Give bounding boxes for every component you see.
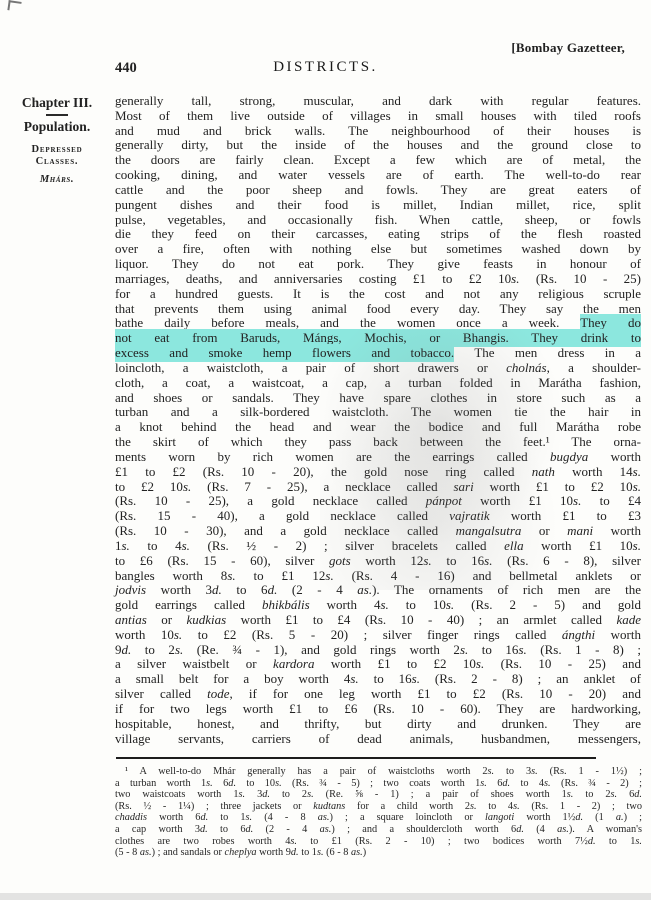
text-line: gold earrings called bhikbális worth 4s.… [115, 598, 641, 613]
text-line: cooking, dining, and water vessels are o… [115, 168, 641, 183]
text-line: if for two legs worth £1 to £6 (Rs. 10 -… [115, 702, 641, 717]
text-line: chaddis worth 6d. to 1s. (4 - 8 as.) ; a… [115, 812, 642, 824]
text-line: the doors are fairly clean. Except a few… [115, 153, 641, 168]
text-line: generally dirty, but the inside of the h… [115, 138, 641, 153]
page-number: 440 [115, 60, 137, 77]
text-line: a knot behind the head and wear the bodi… [115, 420, 641, 435]
text-line: (5 - 8 as.) ; and sandals or cheplya wor… [115, 847, 642, 859]
text-line: a turban worth 1s. 6d. to 10s. (Rs. ¾ - … [115, 778, 642, 790]
text-line: 9d. to 2s. (Re. ¾ - 1), and gold rings w… [115, 643, 641, 658]
body-text: generally tall, strong, muscular, and da… [115, 94, 641, 746]
text-line: £1 to £2 (Rs. 10 - 20), the gold nose ri… [115, 465, 641, 480]
text-line: generally tall, strong, muscular, and da… [115, 94, 641, 109]
text-line: turban and a silk-bordered waistcloth. T… [115, 405, 641, 420]
text-line: bangles worth 8s. to £1 12s. (Rs. 4 - 16… [115, 569, 641, 584]
text-line: to £2 10s. (Rs. 7 - 25), a necklace call… [115, 480, 641, 495]
text-line: Most of them live outside of villages in… [115, 109, 641, 124]
text-line: (Rs. 10 - 25), a gold necklace called pá… [115, 494, 641, 509]
text-line: and mud and brick walls. The neighbourho… [115, 124, 641, 139]
footnote-rule [116, 757, 596, 759]
text-line: die they feed on their carcasses, eating… [115, 227, 641, 242]
text-line: excess and smoke hemp flowers and tobacc… [115, 346, 641, 361]
margin-section-label: Population. [4, 119, 110, 135]
text-line: the skirt of which they pass back betwee… [115, 435, 641, 450]
margin-subsection-label-line2: Classes. [4, 156, 110, 168]
text-line: loincloth, a waistcloth, a pair of short… [115, 361, 641, 376]
margin-divider [46, 114, 68, 116]
margin-caste-label: Mhárs. [4, 174, 110, 185]
page-title: DISTRICTS. [0, 59, 651, 76]
text-line: (Rs. ½ - 1¼) ; three jackets or kudtans … [115, 801, 642, 813]
text-line: to £6 (Rs. 15 - 60), silver gots worth 1… [115, 554, 641, 569]
text-line: for a hundred guests. It is the cost and… [115, 287, 641, 302]
scan-artifact-mark [7, 0, 21, 12]
text-line: a small belt for a boy worth 4s. to 16s.… [115, 672, 641, 687]
text-line: over a fire, often with nothing else but… [115, 242, 641, 257]
text-line: marriages, deaths, and anniversaries cos… [115, 272, 641, 287]
text-line: (Rs. 15 - 40), a gold necklace called va… [115, 509, 641, 524]
text-line: cloth, a coat, a waistcoat, a cap, a tur… [115, 376, 641, 391]
text-line: a silver waistbelt or kardora worth £1 t… [115, 657, 641, 672]
margin-subsection-label-line1: Depressed [4, 144, 110, 156]
text-line: hospitable, honest, and thrifty, but dir… [115, 717, 641, 732]
text-line: jodvis worth 3d. to 6d. (2 - 4 as.). The… [115, 583, 641, 598]
text-line: a cap worth 3d. to 6d. (2 - 4 as.) ; and… [115, 824, 642, 836]
text-line: liquor. They do not eat pork. They give … [115, 257, 641, 272]
text-line: village servants, carriers of dead anima… [115, 732, 641, 747]
text-line: ments worn by rich women are the earring… [115, 450, 641, 465]
scan-edge-strip [0, 893, 651, 900]
text-line: silver called tode, if for one leg worth… [115, 687, 641, 702]
text-line: worth 10s. to £2 (Rs. 5 - 20) ; silver f… [115, 628, 641, 643]
text-line: antias or kudkias worth £1 to £4 (Rs. 10… [115, 613, 641, 628]
text-line: and shoes or sandals. They have spare cl… [115, 391, 641, 406]
margin-notes: Chapter III. Population. Depressed Class… [4, 95, 110, 185]
text-line: cattle and the poor sheep and fowls. The… [115, 183, 641, 198]
text-line: 1s. to 4s. (Rs. ½ - 2) ; silver bracelet… [115, 539, 641, 554]
text-line: (Rs. 10 - 30), and a gold necklace calle… [115, 524, 641, 539]
text-line: pungent dishes and their food is millet,… [115, 198, 641, 213]
text-line: clothes are two robes worth 4s. to £1 (R… [115, 836, 642, 848]
running-header: [Bombay Gazetteer, [511, 40, 625, 56]
margin-chapter-label: Chapter III. [4, 95, 110, 111]
scanned-book-page: [Bombay Gazetteer, DISTRICTS. 440 Chapte… [0, 0, 651, 900]
text-line: pulse, vegetables, and occasionally fish… [115, 213, 641, 228]
text-line: ¹ A well-to-do Mhár generally has a pair… [115, 766, 642, 778]
text-line: two waistcoats worth 1s. 3d. to 2s. (Re.… [115, 789, 642, 801]
footnote-text: ¹ A well-to-do Mhár generally has a pair… [115, 766, 642, 859]
